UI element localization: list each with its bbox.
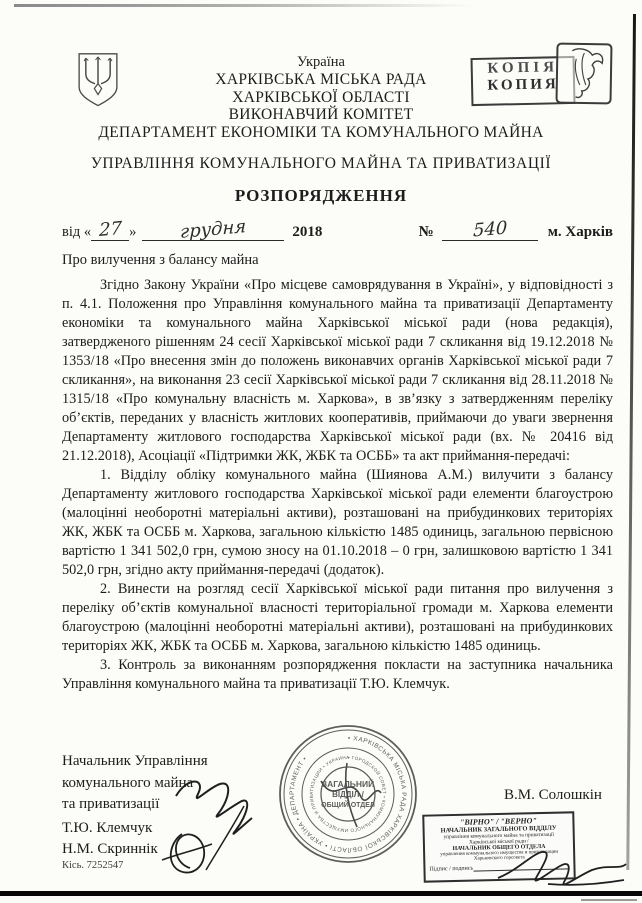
document-type-title: РОЗПОРЯДЖЕННЯ <box>0 186 642 206</box>
scanned-document-page: КОПІЯ КОПИЯ Україна ХАРКІВСЬКА МІСЬКА РА… <box>0 0 642 903</box>
scan-smear-top <box>14 4 472 7</box>
date-month-handwritten: грудня <box>180 216 246 243</box>
date-number-line: від « 27 » грудня 2018 № 540 м. Харків <box>62 219 613 241</box>
handwritten-signature <box>148 758 278 883</box>
header-org-line-4: ДЕПАРТАМЕНТ ЕКОНОМІКИ ТА КОМУНАЛЬНОГО МА… <box>0 124 642 142</box>
round-office-stamp: • ХАРКІВСЬКА МІСЬКА РАДА ХАРКІВСЬКОЇ ОБЛ… <box>277 723 419 865</box>
executor-name-1: Т.Ю. Клемчук <box>62 820 152 837</box>
date-prefix: від « <box>62 224 91 241</box>
date-close-quote: » <box>129 224 136 241</box>
executor-phone-note: Кісь. 7252547 <box>62 860 123 871</box>
date-day-field: 27 <box>91 219 129 241</box>
number-handwritten: 540 <box>472 217 507 241</box>
date-day-handwritten: 27 <box>99 218 122 241</box>
header-org-line-3: ВИКОНАВЧИЙ КОМІТЕТ <box>0 106 642 124</box>
document-body: Згідно Закону України «Про місцеве самов… <box>62 276 613 694</box>
body-paragraph-item-2: 2. Винести на розгляд сесії Харківської … <box>62 580 613 656</box>
date-year: 2018 <box>292 224 322 241</box>
executor-name-2: Н.М. Скриннік <box>62 841 158 858</box>
scan-bottom-dash <box>581 899 637 901</box>
header-country: Україна <box>0 54 642 71</box>
body-paragraph-preamble: Згідно Закону України «Про місцеве самов… <box>62 276 613 466</box>
certify-stamp-signature <box>488 840 633 895</box>
scan-edge-line <box>626 14 635 870</box>
document-subject: Про вилучення з балансу майна <box>62 252 462 269</box>
date-month-field: грудня <box>142 219 284 241</box>
city-label: м. Харків <box>548 224 613 241</box>
number-field: 540 <box>442 219 538 241</box>
body-paragraph-item-1: 1. Відділу обліку комунального майна (Ши… <box>62 466 613 580</box>
number-sign: № <box>419 224 434 241</box>
signer-name: В.М. Солошкін <box>504 787 602 804</box>
certify-stamp-signature-label: Підпис / подпись <box>429 866 473 873</box>
header-org-line-2: ХАРКІВСЬКОЇ ОБЛАСТІ <box>0 89 642 107</box>
header-department: УПРАВЛІННЯ КОМУНАЛЬНОГО МАЙНА ТА ПРИВАТИ… <box>0 155 642 173</box>
body-paragraph-item-3: 3. Контроль за виконанням розпорядження … <box>62 656 613 694</box>
header-org-line-1: ХАРКІВСЬКА МІСЬКА РАДА <box>0 71 642 89</box>
